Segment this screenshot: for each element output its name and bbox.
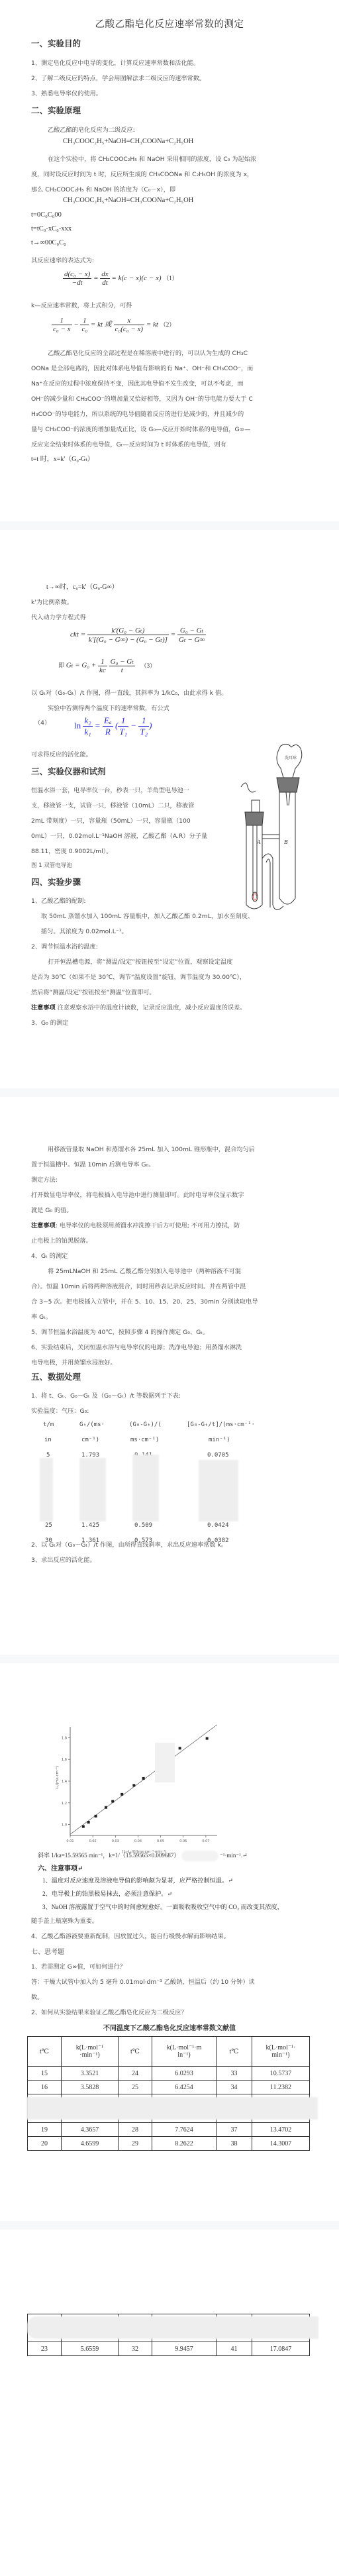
answer: 数。 bbox=[31, 1992, 43, 2001]
column-header: [G₀-Gₜ/t]/(ms·cm⁻¹· bbox=[187, 1421, 255, 1428]
column-header: k(L·mol⁻¹·min⁻¹) bbox=[252, 2037, 310, 2067]
page-separator bbox=[0, 521, 339, 530]
step-text: 取 50mL 蒸馏水加入 100mL 容量瓶中，加入乙酸乙酯 0.2mL，加水至… bbox=[41, 911, 254, 920]
eq2-f2-numerator: 1 bbox=[80, 317, 89, 325]
table-cell: 7.7624 bbox=[152, 2123, 217, 2137]
note: 注意事项 注意观察水浴中的温度计读数，记录反应温度，减小反应温度的误差。 bbox=[31, 1002, 246, 1011]
concentration-t0: t=0C₀C₀00 bbox=[31, 211, 62, 219]
question: 1、若需测定 G∞值，可如何进行？ bbox=[31, 1961, 126, 1971]
column-header: in bbox=[44, 1437, 52, 1443]
note: 注意事项: 电导率仪的电极须用蒸馏水冲洗擦干后方可使用; 不可用力擦拭，防 bbox=[31, 1220, 240, 1229]
eq3-lhs: Gₜ = G₀ + bbox=[66, 662, 97, 670]
redaction-block bbox=[27, 2316, 318, 2339]
eq3-f2-numerator: G₀ − Gₜ bbox=[109, 657, 135, 666]
apparatus-line: 0mL）一只，0.02mol.L⁻¹NaOH 溶液，乙酸乙酯（A.R）分子量 bbox=[31, 831, 207, 840]
step-text: 5、调节恒温水浴温度为 40℃，按照步骤 4 的操作测定 G₀、Gₜ。 bbox=[31, 1327, 209, 1336]
y-axis-label: Lₜ/(ms·cm⁻¹) bbox=[55, 1766, 60, 1788]
eq4-f1-denominator: k₁ bbox=[83, 727, 92, 737]
step-text: 将 25mLNaOH 和 25mL 乙酸乙酯分别加入电导池中（两种溶液不可混 bbox=[48, 1266, 241, 1275]
equation-3: 即 Gₜ = G₀ + 1kc G₀ − Gₜt （3） bbox=[58, 657, 156, 674]
note-item: 3、NaOH 溶液露置于空气中的时间愈短愈好。一面吸收吸收空气中的 CO₂ 而改… bbox=[42, 1902, 283, 1911]
concentration-tinf: t→∞00C₀C₀ bbox=[31, 239, 66, 246]
table-row: 194.3657287.76243713.4702 bbox=[28, 2123, 310, 2137]
apparatus-line: 恒温水浴一套，电导率仪一台，秒表一只，羊角型电导池一 bbox=[31, 785, 189, 794]
column-header: t/m bbox=[43, 1421, 54, 1428]
answer: 答：干燥大试管中加入约 5 毫升 0.01mol·dm⁻³ 乙酸钠，恒温后（约 … bbox=[31, 1977, 255, 1986]
data-point bbox=[82, 1826, 85, 1828]
step-text: 摇匀。其浓度为 0.02mol.L⁻¹。 bbox=[41, 926, 128, 935]
eq3-f1-denominator: kc bbox=[98, 666, 107, 674]
note-text: 注意观察水浴中的温度计读数，记录反应温度，减小反应温度的误差。 bbox=[56, 1004, 246, 1011]
apparatus-line: 88.11，密度 0.9002L/ml）。 bbox=[31, 846, 112, 855]
table-cell: 11.2382 bbox=[252, 2081, 310, 2094]
equation-2: 1c₀ − x − 1c₀ = kt 或 xc₀(c₀ − x) = kt （2… bbox=[52, 317, 175, 333]
principle-paragraph-line: OONa 是全部电离的，因此对体系电导值有影响的有 Na⁺、OH⁻和 CH₃CO… bbox=[31, 363, 253, 372]
column-header: k(L·mol⁻¹·min⁻¹) bbox=[62, 2037, 119, 2067]
eq3-f1-numerator: 1 bbox=[98, 658, 107, 666]
activation-energy-note: 可求得反应的活化能。 bbox=[31, 749, 92, 758]
data-item: 1、将 t、Gₜ、G₀－Gₜ 及（G₀－Gₜ）/t 等数据列于下表: bbox=[31, 1390, 181, 1400]
step-text: 率 Gₜ。 bbox=[31, 1312, 52, 1321]
principle-paragraph-line: Na⁺在反应的过程中浓度保持不变，因此其电导值不发生改变，可以不考虑，而 bbox=[31, 378, 244, 387]
table-cell: 41 bbox=[217, 2342, 252, 2356]
principle-paragraph-line: OH⁻的减少量和 CH₃COO⁻的增加量又恰好相等，又因为 OH⁻的导电能力要大… bbox=[31, 393, 253, 403]
eq2-rhs: = kt bbox=[146, 321, 158, 329]
note-item: 随手盖上瓶塞殊为重要。 bbox=[31, 1916, 98, 1925]
table-cell: 14.3007 bbox=[252, 2137, 310, 2151]
step-text: 然后将“测温/设定”按钮按至“测温”位置即可。 bbox=[31, 987, 156, 996]
section-heading-principle: 二、实验原理 bbox=[31, 104, 81, 116]
table-header-row: t℃ k(L·mol⁻¹·min⁻¹) t℃ k(L·mol⁻¹·min⁻¹) … bbox=[28, 2037, 310, 2067]
step-text: 电导电极，并用蒸馏水浸泡好。 bbox=[31, 1357, 117, 1366]
figure-caption: 图 1 双管电导池 bbox=[31, 861, 72, 869]
gt-vs-rate-chart: Lₜ/(ms·cm⁻¹) [L₀-Lₜ/t]/(ms·cm⁻¹·min⁻¹) 0… bbox=[53, 1723, 252, 1862]
principle-paragraph-line: 度，同时设反应时间为 t 时，反应所生成的 CH₃COONa 和 C₂H₅OH … bbox=[31, 169, 253, 178]
note-label: 注意事项 bbox=[31, 1004, 56, 1011]
column-header: k(L·mol⁻¹·min⁻¹) bbox=[152, 2037, 217, 2067]
x-tick-label: 0.06 bbox=[179, 1839, 187, 1843]
table-row-redacted bbox=[31, 1482, 256, 1513]
note-item: 2、电导极上的铂黑极易抹去，必须注意保护。↵ bbox=[42, 1888, 172, 1898]
literature-table-caption: 不同温度下乙酸乙酯皂化反应速率常数文献值 bbox=[0, 2022, 339, 2032]
table-cell: 29 bbox=[119, 2137, 152, 2151]
plot-description: 以 Gₜ对（G₀-Gₜ）/t 作图，得一直线，其斜率为 1/kC₀，由此求得 k… bbox=[31, 688, 227, 697]
eq2-f1-numerator: 1 bbox=[52, 317, 72, 325]
eq4-f3-numerator: 1 bbox=[118, 715, 128, 727]
data-point bbox=[87, 1821, 90, 1824]
rate-intro: 其反应速率的表达式为: bbox=[31, 255, 94, 264]
eq1-rhs: = k(c − x)(c − x) bbox=[111, 274, 161, 282]
section-heading-objectives: 一、实验目的 bbox=[31, 37, 81, 49]
eq2-f3-numerator: x bbox=[114, 317, 145, 325]
eq4-f1-numerator: k₂ bbox=[83, 715, 92, 727]
column-header: t℃ bbox=[119, 2037, 152, 2067]
data-point bbox=[105, 1806, 107, 1809]
measurement-table: t/m in Gₜ/(ms· cm⁻¹) (G₀-Gₜ)/( ms·cm⁻¹) … bbox=[31, 1421, 256, 1553]
reaction-equation: CH₃COOC₂H₅+NaOH=CH₃COONa+C₂H₅OH bbox=[63, 138, 193, 145]
scatter-plot: Lₜ/(ms·cm⁻¹) [L₀-Lₜ/t]/(ms·cm⁻¹·min⁻¹) 0… bbox=[53, 1723, 252, 1862]
data-point bbox=[121, 1793, 123, 1796]
tube-b-label: B bbox=[283, 839, 288, 845]
data-item: 3、求出反应的活化能。 bbox=[31, 1555, 96, 1564]
slope-unit: ⁻¹·min⁻¹.↵ bbox=[220, 1852, 248, 1859]
tube-a-label: A bbox=[256, 839, 261, 845]
eq4-ln: ln bbox=[74, 720, 81, 730]
eq4-f2-denominator: R bbox=[103, 727, 113, 737]
table-cell: 13.4702 bbox=[252, 2123, 310, 2137]
eq3-label: （3） bbox=[141, 662, 156, 669]
table-cell: 32 bbox=[119, 2342, 152, 2356]
eq1-lhs-denominator: −dt bbox=[63, 279, 91, 287]
table-cell: 38 bbox=[217, 2137, 252, 2151]
conductivity-cell-figure: 洗耳球 A B bbox=[240, 739, 306, 918]
apparatus-line: 2mL 带刻度）一只，容量瓶（50mL）一只，容量瓶（100 bbox=[31, 815, 191, 825]
eq2-mid: = kt 或 bbox=[91, 321, 112, 329]
principle-paragraph-line: 那么 CH₃COOC₂H₅ 和 NaOH 的浓度为（C₀－x），即 bbox=[31, 184, 175, 193]
data-point bbox=[111, 1800, 114, 1803]
data-item: 2、以 Gₜ对（G₀－Gₜ）/t 作图，由所得直线斜率，求出反应速率常数 k。 bbox=[31, 1539, 227, 1549]
literature-table-page2: 15.1783235.6559329.94574117.0847 bbox=[27, 2314, 310, 2356]
step-text: 置于恒温槽中。恒温 10min 后测电导率 G₀。 bbox=[31, 1159, 154, 1168]
literature-table-page1: t℃ k(L·mol⁻¹·min⁻¹) t℃ k(L·mol⁻¹·min⁻¹) … bbox=[27, 2036, 310, 2151]
x-tick-label: 0.03 bbox=[112, 1839, 119, 1843]
eq3a-numerator-2: G₀ − Gₜ bbox=[177, 626, 206, 635]
literature-table: t℃ k(L·mol⁻¹·min⁻¹) t℃ k(L·mol⁻¹·min⁻¹) … bbox=[27, 2036, 310, 2151]
eq3-prefix: 即 bbox=[58, 662, 64, 669]
eq1-label: （1） bbox=[163, 275, 178, 282]
step-text: 是否为 30℃（如果不是 30℃，调节“温度设置”旋钮，调节温度为 30.00℃… bbox=[31, 972, 246, 981]
redaction-block bbox=[26, 2097, 318, 2120]
method-text: 打开数显电导率仪，将电极插入电导池中进行测量即可。此时电导率仪显示数字 bbox=[31, 1190, 244, 1199]
cell: 0.0705 bbox=[207, 1452, 229, 1459]
document-title: 乙酸乙酯皂化反应速率常数的测定 bbox=[0, 17, 339, 30]
data-point bbox=[179, 1747, 181, 1749]
table-cell: 19 bbox=[28, 2123, 62, 2137]
step-title: 1、乙酸乙酯的配制: bbox=[31, 896, 85, 905]
objective-item: 3、熟悉电导率仪的使用。 bbox=[31, 88, 102, 97]
y-tick-label: 1.4 bbox=[62, 1780, 67, 1784]
document-page-3: 用移液管量取 NaOH 和蒸馏水各 25mL 加入 100mL 锥形瓶中，混合均… bbox=[0, 1097, 339, 1655]
document-page-2: t→∞时，c₀=k'（G₀-G∞） k'为比例系数。 代入动力学方程式得 ckt… bbox=[0, 530, 339, 1088]
principle-paragraph-line: 在这个实验中，将 CH₃COOC₂H₅ 和 NaOH 采用相同的浓度，设 C₀ … bbox=[48, 154, 256, 163]
section-heading-apparatus: 三、实验仪器和试剂 bbox=[31, 765, 106, 777]
principle-paragraph-line: H₃COO⁻的导电能力，所以系统的电导值随着反应的进行是减少的，并且减少的 bbox=[31, 409, 244, 418]
method-text: 就是 G₀ 的值。 bbox=[31, 1205, 73, 1214]
step-text: 打开恒温槽电源，将“测温/设定”按钮按至“设定”位置，观察设定温度 bbox=[48, 956, 232, 966]
column-header: cm⁻¹) bbox=[81, 1437, 99, 1443]
data-point bbox=[132, 1784, 135, 1786]
x-tick-label: 0.02 bbox=[89, 1839, 97, 1843]
table-cell: 17.0847 bbox=[252, 2342, 310, 2356]
step-text: 合 3~5 次。把电极插入立管中，并在 5、10、15、20、25、30min … bbox=[31, 1296, 258, 1306]
note-item: 1、温度对反应速度及溶液电导值的影响颇为显著，应严格控制恒温。↵ bbox=[42, 1875, 233, 1884]
column-header: Gₜ/(ms· bbox=[79, 1421, 105, 1428]
page-separator bbox=[0, 1655, 339, 1663]
table-cell: 3.3521 bbox=[62, 2067, 119, 2081]
x-tick-label: 0.01 bbox=[66, 1839, 73, 1843]
data-point bbox=[142, 1777, 145, 1780]
two-temperature-intro: 实验中若测得两个温度下的速率常数，有公式 bbox=[48, 703, 169, 712]
apparatus-line: 支，移液管一支，试管一只，移液管（10mL）二只，移液管 bbox=[31, 800, 194, 809]
eq1-mid-denominator: dt bbox=[100, 279, 109, 287]
x-tick-label: 0.04 bbox=[134, 1839, 142, 1843]
table-cell: 4.6599 bbox=[62, 2137, 119, 2151]
objective-item: 1、测定皂化反应中电导的变化，计算反应速率常数和活化能。 bbox=[31, 58, 199, 67]
data-point bbox=[95, 1815, 97, 1818]
question: 2、如何从实验结果来验证乙酸乙酯皂化反应为二级反应？ bbox=[31, 2007, 187, 2016]
eq1-mid-numerator: dx bbox=[100, 270, 109, 279]
redaction-block bbox=[181, 1851, 218, 1861]
table-row: 153.3521246.02933310.5737 bbox=[28, 2067, 310, 2081]
table-cell: 34 bbox=[217, 2081, 252, 2094]
equation-4: ln k₂k₁ = EₐR (1T₁ − 1T₂) bbox=[74, 715, 152, 737]
page-separator bbox=[0, 1088, 339, 1097]
table-cell: 8.2622 bbox=[152, 2137, 217, 2151]
table-cell: 4.3657 bbox=[62, 2123, 119, 2137]
eq4-f4-numerator: 1 bbox=[138, 715, 149, 727]
y-tick-label: 1.2 bbox=[62, 1802, 67, 1806]
table-row: 204.6599298.26223814.3007 bbox=[28, 2137, 310, 2151]
table-cell: 28 bbox=[119, 2123, 152, 2137]
eq3-f2-denominator: t bbox=[109, 666, 135, 674]
table-cell: 15 bbox=[28, 2067, 62, 2081]
table-cell: 37 bbox=[217, 2123, 252, 2137]
double-tube-conductivity-cell-icon: 洗耳球 A B bbox=[240, 739, 306, 918]
note-label: 注意事项 bbox=[31, 1222, 56, 1229]
eq3a-numerator: k'(G₀ − Gₜ) bbox=[87, 626, 169, 635]
eq2-f2-denominator: c₀ bbox=[80, 325, 89, 333]
principle-paragraph-line: 反应完全结束时体系的电导值，Gₜ—反应时间为 t 时体系的电导值，则有 bbox=[31, 439, 226, 448]
table-cell: 33 bbox=[217, 2067, 252, 2081]
section-heading-questions: 七、思考题 bbox=[31, 1946, 64, 1956]
column-header: t℃ bbox=[28, 2037, 62, 2067]
experiment-conditions: 实验温度：气压：G₀: bbox=[31, 1406, 89, 1415]
table-row: 235.6559329.94574117.0847 bbox=[28, 2342, 310, 2356]
eq4-f2-numerator: Eₐ bbox=[103, 715, 113, 727]
concentration-tt: t=tC₀-xC₀-xxx bbox=[31, 225, 72, 232]
kprime-definition: k'为比例系数。 bbox=[31, 597, 73, 606]
tt-relation: t=t 时，x=k'（G₀-Gₜ） bbox=[31, 453, 94, 463]
method-title: 测定方法: bbox=[31, 1174, 58, 1184]
bulb-label: 洗耳球 bbox=[285, 755, 297, 760]
note-text: : 电导率仪的电极须用蒸馏水冲洗擦干后方可使用; 不可用力擦拭，防 bbox=[56, 1222, 240, 1229]
eq4-label: （4） bbox=[34, 717, 50, 727]
data-point bbox=[206, 1737, 209, 1740]
tinf-relation: t→∞时，c₀=k'（G₀-G∞） bbox=[46, 581, 119, 591]
substitution-intro: 代入动力学方程式得 bbox=[31, 612, 86, 621]
cell: 1.425 bbox=[81, 1522, 99, 1529]
eq3a-denominator: k'[(G₀ − G∞) − (G₀ − Gₜ)] bbox=[87, 635, 169, 644]
eq2-f1-denominator: c₀ − x bbox=[52, 325, 72, 333]
table-cell: 5.6559 bbox=[62, 2342, 119, 2356]
x-tick-label: 0.07 bbox=[202, 1839, 209, 1843]
cell: 0.0424 bbox=[207, 1522, 229, 1529]
table-row: 163.5828256.42543411.2382 bbox=[28, 2081, 310, 2094]
eq2-f3-denominator: c₀(c₀ − x) bbox=[114, 325, 145, 333]
document-page-1: 乙酸乙酯皂化反应速率常数的测定 一、实验目的 1、测定皂化反应中电导的变化，计算… bbox=[0, 0, 339, 521]
table-cell: 3.5828 bbox=[62, 2081, 119, 2094]
section-heading-notes: 六、注意事项↵ bbox=[38, 1863, 83, 1873]
reaction-equation: CH₃COOC₂H₅+NaOH=CH₃COONa+C₂H₅OH bbox=[63, 197, 193, 204]
principle-paragraph-line: 量与 CH₃COO⁻的浓度的增加量成正比，设 G₀—反应开始时体系的电导值，G∞… bbox=[31, 424, 250, 433]
eq3a-denominator-2: Gₜ − G∞ bbox=[177, 635, 206, 644]
equation-1: d(c₀ − x)−dt = dxdt = k(c − x)(c − x) （1… bbox=[63, 270, 178, 287]
k-definition: k—反应速率常数，将上式积分，可得 bbox=[31, 300, 132, 309]
table-cell: 23 bbox=[28, 2342, 62, 2356]
note-text: 止电极上的铂黑脱落。 bbox=[31, 1235, 92, 1245]
page-separator bbox=[0, 2221, 339, 2230]
cell: 0.509 bbox=[134, 1522, 152, 1529]
table-cell: 10.5737 bbox=[252, 2067, 310, 2081]
table-cell: 6.4254 bbox=[152, 2081, 217, 2094]
principle-intro: 乙酸乙酯的皂化反应为二级反应: bbox=[48, 125, 135, 134]
x-tick-label: 0.05 bbox=[157, 1839, 164, 1843]
step-text: 6、实验结束后，关闭恒温水浴与电导率仪的电源；洗净电导池；用蒸馏水淋洗 bbox=[31, 1342, 242, 1351]
cell: 25 bbox=[45, 1522, 52, 1529]
note-item: 4、乙酸乙酯溶液要重新配制，因放置过久，能自行缓慢水解而影响结果。 bbox=[31, 1931, 230, 1940]
table-cell: 20 bbox=[28, 2137, 62, 2151]
column-header: ms·cm⁻¹) bbox=[130, 1437, 159, 1443]
table-cell: 16 bbox=[28, 2081, 62, 2094]
equation-3a: ckt = k'(G₀ − Gₜ)k'[(G₀ − G∞) − (G₀ − Gₜ… bbox=[70, 626, 206, 644]
column-header: (G₀-Gₜ)/( bbox=[129, 1421, 162, 1428]
slope-text: 斜率 1/ka=15.59565 min⁻¹，k=1/（15.59565×0.0… bbox=[38, 1852, 179, 1859]
step-title: 3、G₀ 的测定 bbox=[31, 1017, 68, 1027]
section-heading-procedure: 四、实验步骤 bbox=[31, 876, 81, 888]
table-header: t/m in Gₜ/(ms· cm⁻¹) (G₀-Gₜ)/( ms·cm⁻¹) … bbox=[31, 1421, 256, 1452]
eq2-label: （2） bbox=[160, 321, 175, 328]
table-cell: 25 bbox=[119, 2081, 152, 2094]
document-page-4: Lₜ/(ms·cm⁻¹) [L₀-Lₜ/t]/(ms·cm⁻¹·min⁻¹) 0… bbox=[0, 1663, 339, 2221]
table-cell: 6.0293 bbox=[152, 2067, 217, 2081]
principle-paragraph-line: 乙酸乙酯皂化反应的全部过程是在稀溶液中进行的，可以认为生成的 CH₃C bbox=[48, 348, 248, 357]
column-header: min⁻¹) bbox=[209, 1437, 230, 1443]
table-cell: 24 bbox=[119, 2067, 152, 2081]
eq4-f4-denominator: T₂ bbox=[138, 727, 149, 737]
objective-item: 2、了解二级反应的特点，学会用图解法求二级反应的速率常数。 bbox=[31, 73, 205, 82]
section-heading-data: 五、数据处理 bbox=[31, 1370, 81, 1382]
document-page-5: 15.1783235.6559329.94574117.0847 bbox=[0, 2230, 339, 2576]
eq4-f3-denominator: T₁ bbox=[118, 727, 128, 737]
step-title: 2、调节恒温水浴的温度: bbox=[31, 941, 98, 951]
eq1-lhs-numerator: d(c₀ − x) bbox=[63, 270, 91, 279]
eq3a-lhs: ckt = bbox=[70, 631, 85, 639]
y-tick-label: 1.6 bbox=[62, 1758, 67, 1762]
table-row: 25 1.425 0.509 0.0424 bbox=[31, 1522, 256, 1537]
step-title: 4、Gₜ 的测定 bbox=[31, 1251, 68, 1260]
step-text: 用移液管量取 NaOH 和蒸馏水各 25mL 加入 100mL 锥形瓶中，混合均… bbox=[48, 1144, 255, 1153]
table-cell: 9.9457 bbox=[152, 2342, 217, 2356]
y-tick-label: 1.8 bbox=[62, 1736, 67, 1740]
column-header: t℃ bbox=[217, 2037, 252, 2067]
redaction-block bbox=[155, 1743, 175, 1782]
y-tick-label: 1.0 bbox=[62, 1824, 67, 1828]
slope-result: 斜率 1/ka=15.59565 min⁻¹，k=1/（15.59565×0.0… bbox=[38, 1851, 248, 1861]
step-text: 合）。恒温 10min 后将两种溶液混合，同时用秒表记录反应时间。并在两管中混 bbox=[31, 1281, 246, 1290]
